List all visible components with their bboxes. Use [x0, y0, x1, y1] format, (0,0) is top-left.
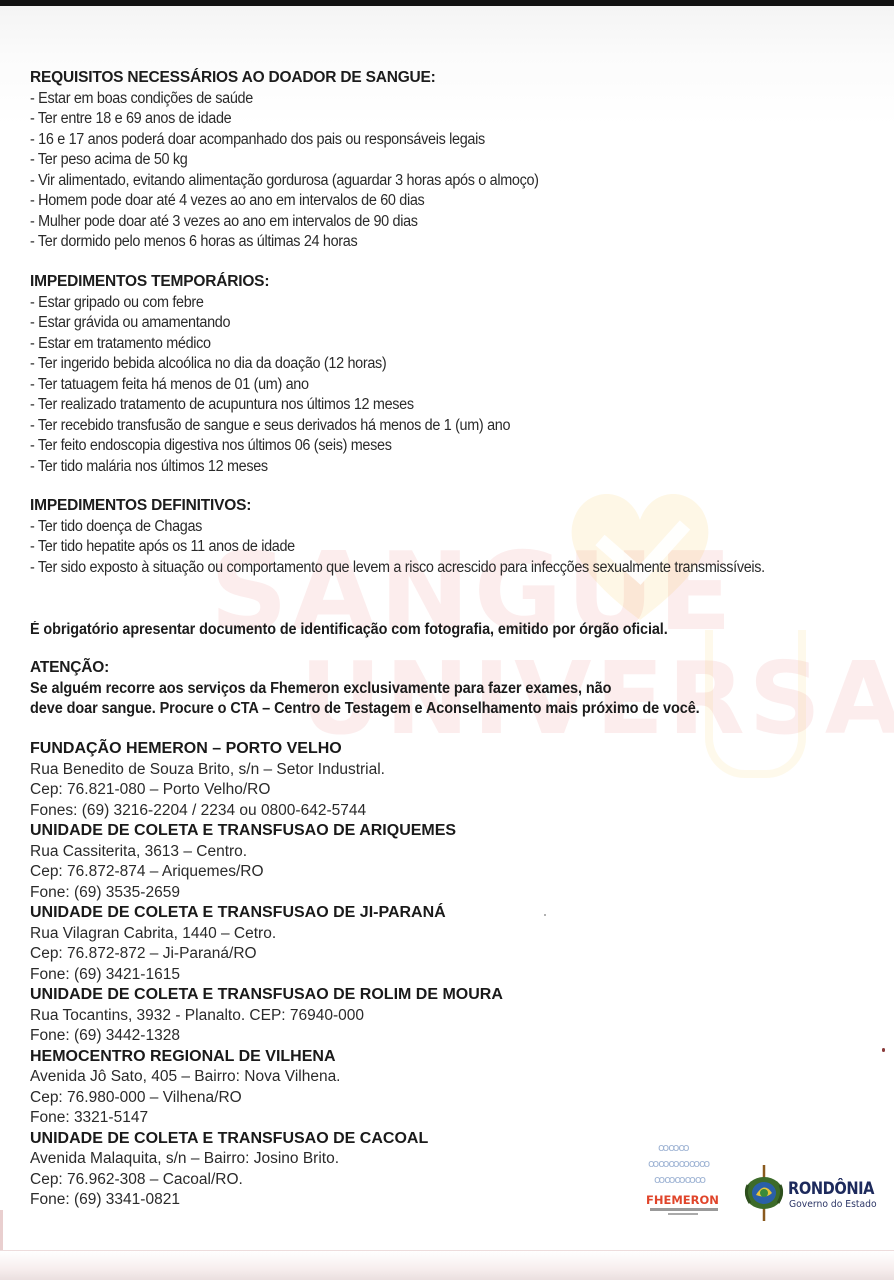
contact-address: Avenida Malaquita, s/n – Bairro: Josino … [30, 1149, 503, 1170]
contact-cep: Cep: 76.872-874 – Ariquemes/RO [30, 862, 503, 883]
section-title: IMPEDIMENTOS DEFINITIVOS: [30, 496, 890, 517]
contact-address: Rua Benedito de Souza Brito, s/n – Setor… [30, 760, 503, 781]
contact-phone: Fones: (69) 3216-2204 / 2234 ou 0800-642… [30, 801, 503, 822]
section-title: IMPEDIMENTOS TEMPORÁRIOS: [30, 272, 546, 293]
fhemeron-name: FHEMERON [646, 1193, 719, 1207]
fhemeron-logo: ꝏꝏꝏ ꝏꝏꝏꝏꝏꝏ ꝏꝏꝏꝏꝏ FHEMERON [646, 1137, 726, 1217]
note-text: É obrigatório apresentar documento de id… [30, 620, 668, 640]
rondonia-subtitle: Governo do Estado [789, 1199, 877, 1210]
contact-title: HEMOCENTRO REGIONAL DE VILHENA [30, 1047, 503, 1068]
print-speck [544, 914, 546, 916]
list-item: - Homem pode doar até 4 vezes ao ano em … [30, 191, 539, 212]
contact-cep: Cep: 76.872-872 – Ji-Paraná/RO [30, 944, 503, 965]
list-item: - Ter tido hepatite após os 11 anos de i… [30, 537, 830, 558]
rondonia-name: RONDÔNIA [788, 1179, 874, 1199]
contact-cep: Cep: 76.962-308 – Cacoal/RO. [30, 1170, 503, 1191]
contact-address: Avenida Jô Sato, 405 – Bairro: Nova Vilh… [30, 1067, 503, 1088]
contact-title: UNIDADE DE COLETA E TRANSFUSAO DE JI-PAR… [30, 903, 503, 924]
contact-block-ariquemes: UNIDADE DE COLETA E TRANSFUSAO DE ARIQUE… [30, 821, 503, 903]
contact-block-vilhena: HEMOCENTRO REGIONAL DE VILHENA Avenida J… [30, 1047, 503, 1129]
fhemeron-subtitle [650, 1208, 718, 1211]
list-item: - Estar gripado ou com febre [30, 293, 510, 314]
wave-icon: ꝏꝏꝏꝏꝏꝏ [648, 1157, 709, 1170]
list-item: - Mulher pode doar até 3 vezes ao ano em… [30, 212, 539, 233]
contact-title: UNIDADE DE COLETA E TRANSFUSAO DE ROLIM … [30, 985, 503, 1006]
contact-phone: Fone: (69) 3442-1328 [30, 1026, 503, 1047]
list-item: - Ter tido malária nos últimos 12 meses [30, 457, 510, 478]
list-item: - Ter peso acima de 50 kg [30, 150, 539, 171]
contact-block-cacoal: UNIDADE DE COLETA E TRANSFUSAO DE CACOAL… [30, 1129, 503, 1211]
contact-block-porto-velho: FUNDAÇÃO HEMERON – PORTO VELHO Rua Bened… [30, 739, 503, 821]
footer-logos: ꝏꝏꝏ ꝏꝏꝏꝏꝏꝏ ꝏꝏꝏꝏꝏ FHEMERON RONDÔNIA Gover… [640, 1135, 890, 1225]
list-item: - Ter dormido pelo menos 6 horas as últi… [30, 232, 539, 253]
atencao-line: deve doar sangue. Procure o CTA – Centro… [30, 699, 700, 719]
list-item: - Ter recebido transfusão de sangue e se… [30, 416, 510, 437]
section-title: ATENÇÃO: [30, 658, 746, 679]
contact-address: Rua Vilagran Cabrita, 1440 – Cetro. [30, 924, 503, 945]
list-item: - Ter sido exposto à situação ou comport… [30, 558, 830, 579]
contact-cep: Cep: 76.980-000 – Vilhena/RO [30, 1088, 503, 1109]
contact-cep: Cep: 76.821-080 – Porto Velho/RO [30, 780, 503, 801]
print-speck [882, 1048, 885, 1052]
contacts-list: FUNDAÇÃO HEMERON – PORTO VELHO Rua Bened… [30, 739, 503, 1211]
list-item: - Ter tido doença de Chagas [30, 517, 830, 538]
list-item: - Estar em tratamento médico [30, 334, 510, 355]
contact-title: UNIDADE DE COLETA E TRANSFUSAO DE ARIQUE… [30, 821, 503, 842]
contact-block-rolim-de-moura: UNIDADE DE COLETA E TRANSFUSAO DE ROLIM … [30, 985, 503, 1047]
contact-title: FUNDAÇÃO HEMERON – PORTO VELHO [30, 739, 503, 760]
contact-phone: Fone: (69) 3421-1615 [30, 965, 503, 986]
list-item: - Ter tatuagem feita há menos de 01 (um)… [30, 375, 510, 396]
list-item: - Vir alimentado, evitando alimentação g… [30, 171, 539, 192]
contact-block-ji-parana: UNIDADE DE COLETA E TRANSFUSAO DE JI-PAR… [30, 903, 503, 985]
section-atencao: ATENÇÃO: Se alguém recorre aos serviços … [30, 658, 746, 719]
list-item: - Estar em boas condições de saúde [30, 89, 539, 110]
contact-address: Rua Tocantins, 3932 - Planalto. CEP: 769… [30, 1006, 503, 1027]
list-item: - Ter ingerido bebida alcoólica no dia d… [30, 354, 510, 375]
bottom-border [0, 1250, 894, 1280]
section-title: REQUISITOS NECESSÁRIOS AO DOADOR DE SANG… [30, 68, 577, 89]
rondonia-logo: RONDÔNIA Governo do Estado [740, 1163, 890, 1225]
list-item: - Estar grávida ou amamentando [30, 313, 510, 334]
list-item: - Ter realizado tratamento de acupuntura… [30, 395, 510, 416]
atencao-line: Se alguém recorre aos serviços da Fhemer… [30, 679, 700, 699]
wave-icon: ꝏꝏꝏꝏꝏ [654, 1173, 705, 1186]
list-item: - Ter entre 18 e 69 anos de idade [30, 109, 539, 130]
id-requirement-note: É obrigatório apresentar documento de id… [30, 620, 716, 640]
list-item: - 16 e 17 anos poderá doar acompanhado d… [30, 130, 539, 151]
contact-address: Rua Cassiterita, 3613 – Centro. [30, 842, 503, 863]
contact-title: UNIDADE DE COLETA E TRANSFUSAO DE CACOAL [30, 1129, 503, 1150]
contact-phone: Fone: 3321-5147 [30, 1108, 503, 1129]
section-impedimentos-definitivos: IMPEDIMENTOS DEFINITIVOS: - Ter tido doe… [30, 496, 890, 578]
contact-phone: Fone: (69) 3535-2659 [30, 883, 503, 904]
state-crest-icon [742, 1163, 786, 1223]
section-requisitos: REQUISITOS NECESSÁRIOS AO DOADOR DE SANG… [30, 68, 577, 253]
fhemeron-subtitle [668, 1213, 698, 1215]
section-impedimentos-temporarios: IMPEDIMENTOS TEMPORÁRIOS: - Estar gripad… [30, 272, 546, 477]
wave-icon: ꝏꝏꝏ [658, 1141, 689, 1154]
list-item: - Ter feito endoscopia digestiva nos últ… [30, 436, 510, 457]
page-edge [0, 1210, 3, 1250]
contact-phone: Fone: (69) 3341-0821 [30, 1190, 503, 1211]
